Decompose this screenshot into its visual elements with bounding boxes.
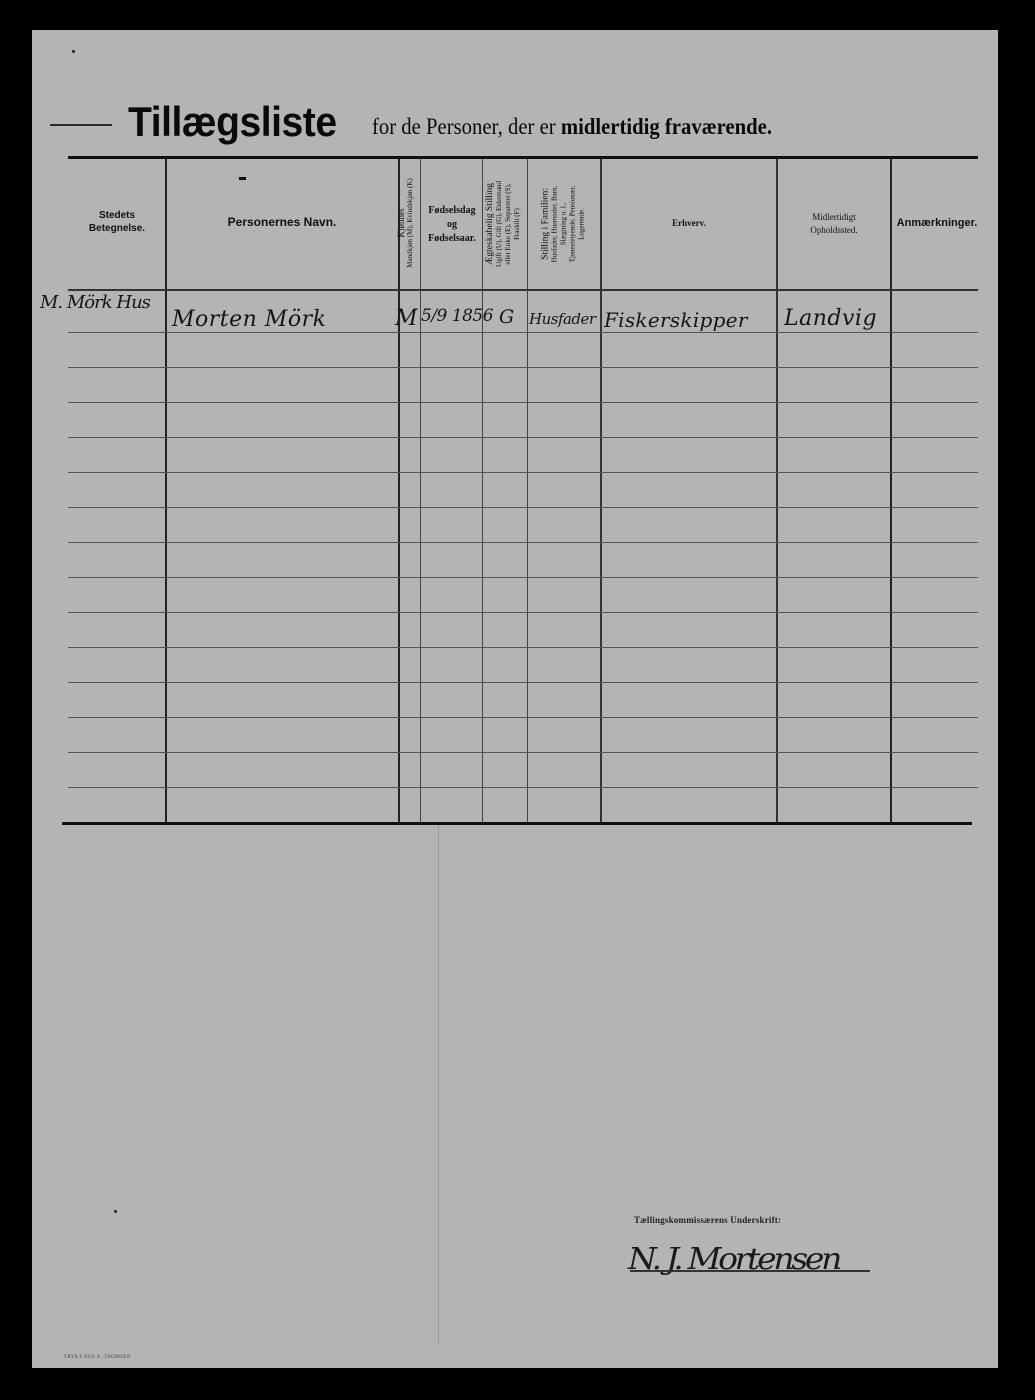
row-line [68,367,978,368]
fold-line [438,825,439,1345]
header-stedets-line2: Betegnelse. [89,222,145,235]
cell-navn: Morten Mörk [172,307,326,332]
header-familie: Stilling i Familien: Husfader, Husmoder,… [542,167,590,282]
row-line [68,752,978,753]
subtitle-regular: for de Personer, der er [372,114,556,139]
census-form-page: Tillægsliste for de Personer, der er mid… [32,30,998,1368]
row-line [68,507,978,508]
form-title-subtitle: for de Personer, der er midlertidig frav… [372,114,772,140]
col-divider-1 [165,159,167,822]
header-fam-line3: Slægtning o. l., [560,167,569,282]
header-fodsel-line2: og [447,218,457,232]
row-line [68,472,978,473]
header-fam-line2: Husfader, Husmoder, Barn, [551,167,560,282]
header-erhverv: Erhverv. [601,214,777,232]
row-line [68,647,978,648]
col-divider-4 [482,159,483,822]
table-bottom-rule [62,822,972,825]
row-line [68,332,978,333]
cell-opholdssted: Landvig [784,306,877,331]
enumerator-signature: N. J. Mortensen [628,1242,839,1277]
speck [72,50,75,53]
header-bottom-line [68,289,978,291]
header-fam-line1: Stilling i Familien: [542,167,551,282]
header-ophold-line1: Midlertidigt [812,211,856,224]
header-kjon-line2: Mandkjøn (M), Kvindekjøn (K) [406,168,415,278]
cell-aegteskab: G [499,306,514,328]
signature-label: Tællingskommissærens Underskrift: [634,1215,781,1225]
header-opholdssted: Midlertidigt Opholdssted. [777,208,891,240]
row-line [68,437,978,438]
form-title: Tillægsliste for de Personer, der er mid… [32,98,998,158]
header-fodsel-line3: Fødselsaar. [428,232,476,246]
table-top-rule [68,156,978,159]
header-aegt-line1: Ægteskabelig Stilling [486,169,495,279]
row-line [68,542,978,543]
header-aegt-line2: Ugift (U), Gift (G), Enkemand [495,169,504,279]
col-divider-7 [776,159,778,822]
row-line [68,682,978,683]
cell-stedets: M. Mörk Hus [40,292,150,313]
row-line [68,717,978,718]
header-fam-line4: Tjenestetyende, Pensionær, [569,167,578,282]
col-divider-6 [600,159,602,822]
header-stedets-line1: Stedets [99,209,135,222]
cell-kjon: M [395,306,418,331]
col-divider-5 [527,159,528,822]
title-dash [50,124,112,126]
header-ophold-line2: Opholdssted. [810,224,857,237]
cell-fodsel: 5/9 1856 [421,306,493,326]
header-aegteskab: Ægteskabelig Stilling Ugift (U), Gift (G… [486,169,524,279]
header-fodsel: Fødselsdag og Fødselsaar. [421,198,483,252]
row-line [68,577,978,578]
row-line [68,787,978,788]
header-navn: Personernes Navn. [166,210,398,234]
header-aegt-line4: Fraskilt (F) [513,169,522,279]
header-stedets: Stedets Betegnelse. [68,202,166,242]
header-aegt-line3: eller Enke (E), Separeret (S), [504,169,513,279]
col-divider-8 [890,159,892,822]
cell-familie: Husfader [529,310,596,328]
header-kjon-line1: Kjønnet [397,168,406,278]
speck [114,1210,117,1213]
header-fodsel-line1: Fødselsdag [428,204,475,218]
row-line [68,612,978,613]
header-anmaerkninger: Anmærkninger. [891,214,983,232]
header-fam-line5: Logerende. [578,167,587,282]
signature-underline [630,1270,870,1272]
printer-mark: TRYKT HOS A. THOMSEN [64,1355,131,1360]
row-line [68,402,978,403]
cell-erhverv: Fiskerskipper [604,308,748,332]
subtitle-bold: midlertidig fraværende. [561,114,772,139]
header-mark [239,177,246,180]
col-divider-3 [420,159,421,822]
form-title-main: Tillægsliste [128,98,337,146]
header-kjon: Kjønnet Mandkjøn (M), Kvindekjøn (K) [397,168,417,278]
